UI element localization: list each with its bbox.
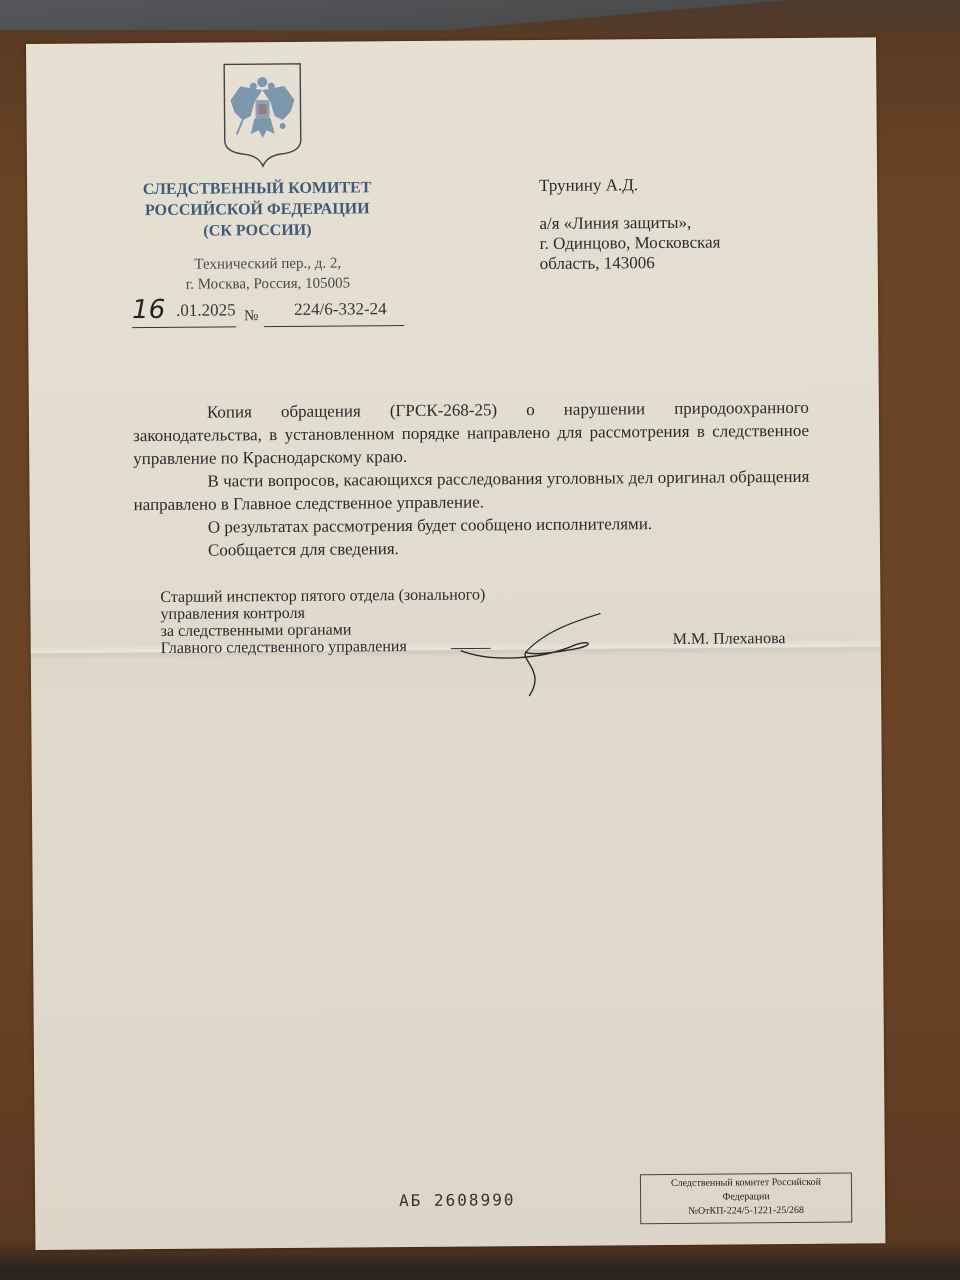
recipient-address-line-3: область, 143006 (540, 253, 721, 274)
recipient-block: Трунину А.Д. а/я «Линия защиты», г. Один… (539, 175, 721, 274)
russian-coat-of-arms-icon (220, 60, 305, 169)
body-paragraph: В части вопросов, касающихся расследован… (133, 465, 809, 516)
letter-body: Копия обращения (ГРСК-268-25) о нарушени… (133, 396, 810, 562)
document-date: .01.2025 (176, 300, 236, 320)
signer-name: М.М. Плеханова (673, 630, 786, 649)
recipient-address-line-2: г. Одинцово, Московская (540, 233, 721, 254)
recipient-name: Трунину А.Д. (539, 175, 720, 196)
number-underline (264, 325, 404, 327)
issuer-address-line-1: Технический пер., д. 2, (128, 253, 408, 275)
background-surface (0, 0, 960, 30)
signer-position: Старший инспектор пятого отдела (зональн… (160, 586, 485, 657)
document-date-number: 16 .01.2025 № 224/6-332-24 (132, 297, 412, 329)
org-name-line-3: (СК РОССИИ) (117, 219, 397, 242)
org-name-line-2: РОССИЙСКОЙ ФЕДЕРАЦИИ (117, 198, 397, 221)
stamp-line-3: №ОтКП-224/5-1221-25/268 (641, 1204, 851, 1220)
handwritten-signature (450, 599, 611, 700)
handwritten-day: 16 (132, 295, 165, 325)
issuer-address: Технический пер., д. 2, г. Москва, Росси… (128, 253, 408, 295)
number-sign: № (244, 308, 258, 325)
body-paragraph: Копия обращения (ГРСК-268-25) о нарушени… (133, 396, 810, 470)
issuer-address-line-2: г. Москва, Россия, 105005 (128, 273, 408, 295)
document-number: 224/6-332-24 (294, 299, 387, 320)
date-underline (132, 326, 236, 328)
registration-stamp: Следственный комитет Российской Федераци… (640, 1173, 852, 1225)
letter-document: СЛЕДСТВЕННЫЙ КОМИТЕТ РОССИЙСКОЙ ФЕДЕРАЦИ… (26, 37, 885, 1250)
issuer-organization: СЛЕДСТВЕННЫЙ КОМИТЕТ РОССИЙСКОЙ ФЕДЕРАЦИ… (117, 177, 397, 242)
position-line-1: Старший инспектор пятого отдела (зональн… (160, 586, 485, 606)
stamp-line-1: Следственный комитет Российской (641, 1176, 851, 1192)
org-name-line-1: СЛЕДСТВЕННЫЙ КОМИТЕТ (117, 177, 397, 200)
form-serial-number: АБ 2608990 (399, 1190, 515, 1210)
position-line-4: Главного следственного управления (161, 637, 486, 657)
recipient-address-line-1: а/я «Линия защиты», (539, 213, 720, 234)
body-paragraph: Сообщается для сведения. (134, 534, 810, 562)
